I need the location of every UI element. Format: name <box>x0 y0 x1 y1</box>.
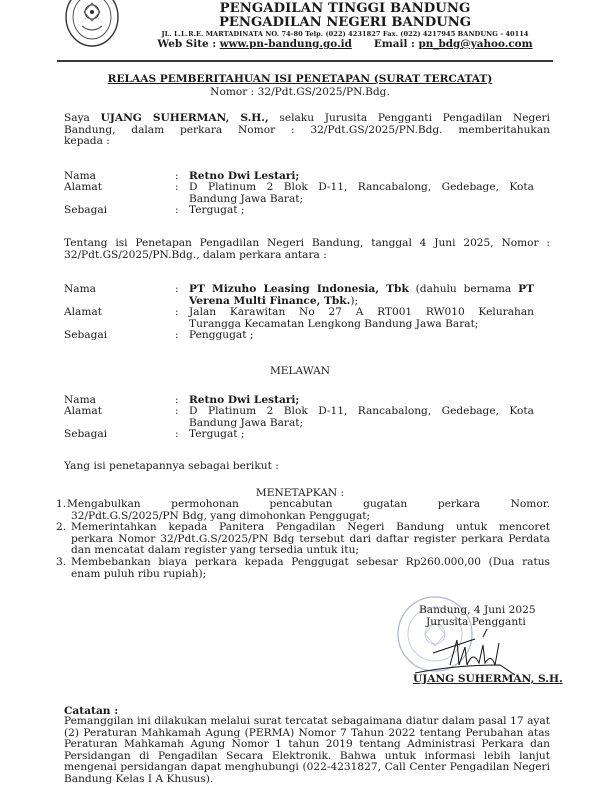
website-link[interactable]: www.pn-bandung.go.id <box>220 38 352 50</box>
email-label: Email : <box>374 38 419 50</box>
versus-heading: MELAWAN <box>0 365 600 377</box>
document-page: PENGADILAN TINGGI BANDUNG PENGADILAN NEG… <box>0 0 600 800</box>
website-label: Web Site : <box>157 38 219 50</box>
defendant-role: Tergugat ; <box>189 429 534 441</box>
ruling-intro: Yang isi penetapannya sebagai berikut : <box>64 461 550 473</box>
letterhead-divider <box>57 60 553 62</box>
letterhead-address: JL. L.L.R.E. MARTADINATA NO. 74-80 Telp.… <box>120 30 570 38</box>
email-link[interactable]: pn_bdg@yahoo.com <box>419 38 533 50</box>
intro-paragraph: Saya UJANG SUHERMAN, S.H., selaku Jurusi… <box>64 113 550 148</box>
letterhead-high-court: PENGADILAN TINGGI BANDUNG <box>120 1 570 16</box>
ruling-item: 1. Mengabulkan permohonan pencabutan gug… <box>56 499 550 522</box>
note-text: Pemanggilan ini dilakukan melalui surat … <box>64 716 550 786</box>
ruling-list: 1. Mengabulkan permohonan pencabutan gug… <box>56 499 550 580</box>
officer-name: UJANG SUHERMAN, S.H., <box>101 112 269 124</box>
signature-place-date: Bandung, 4 Juni 2025 <box>419 604 536 616</box>
letterhead-district-court: PENGADILAN NEGERI BANDUNG <box>120 15 570 30</box>
court-emblem-icon <box>64 0 120 48</box>
document-number: Nomor : 32/Pdt.GS/2025/PN.Bdg. <box>0 86 600 98</box>
letterhead-contact: Web Site : www.pn-bandung.go.idEmail : p… <box>120 38 570 50</box>
ruling-item: 2. Memerintahkan kepada Panitera Pengadi… <box>56 522 550 557</box>
about-paragraph: Tentang isi Penetapan Pengadilan Negeri … <box>64 238 550 261</box>
document-title: RELAAS PEMBERITAHUAN ISI PENETAPAN (SURA… <box>0 73 600 85</box>
ruling-item: 3. Membebankan biaya perkara kepada Peng… <box>56 557 550 580</box>
plaintiff-role: Penggugat ; <box>189 330 534 342</box>
recipient-role: Tergugat ; <box>189 205 534 217</box>
signer-name: UJANG SUHERMAN, S.H. <box>413 673 563 685</box>
plaintiff-name: PT Mizuho Leasing Indonesia, Tbk <box>189 283 409 295</box>
